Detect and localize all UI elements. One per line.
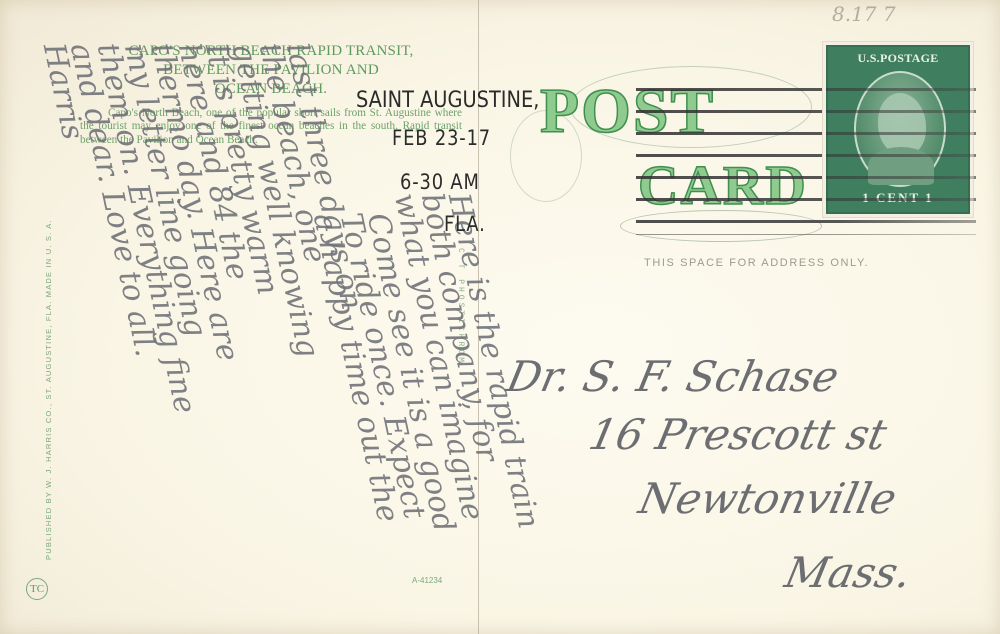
- address-line-name: Dr. S. F. Schase: [503, 352, 843, 401]
- postmark-time: 6-30 AM: [400, 170, 480, 194]
- corner-pencil-note: 8.17 7: [832, 2, 896, 26]
- cancel-line: [826, 110, 976, 113]
- address-space-label: THIS SPACE FOR ADDRESS ONLY.: [644, 257, 869, 269]
- postmark-city: SAINT AUGUSTINE,: [356, 88, 539, 113]
- stamp-top-text: U.S.POSTAGE: [828, 51, 968, 66]
- address-line-city: Newtonville: [635, 474, 901, 523]
- postmark-state: FLA.: [444, 212, 486, 236]
- cancel-line: [826, 88, 976, 91]
- stamp-cancellation-lines: [826, 84, 976, 244]
- postmark-date: FEB 23-17: [392, 126, 491, 150]
- cancel-line: [826, 198, 976, 201]
- cancel-line: [826, 132, 976, 135]
- cancel-line: [826, 176, 976, 179]
- cancel-line: [826, 154, 976, 157]
- postcard-back: 8.17 7 CAPO'S NORTH BEACH RAPID TRANSIT,…: [0, 0, 1000, 634]
- address-line-state: Mass.: [781, 548, 916, 597]
- address-line-street: 16 Prescott st: [585, 410, 891, 459]
